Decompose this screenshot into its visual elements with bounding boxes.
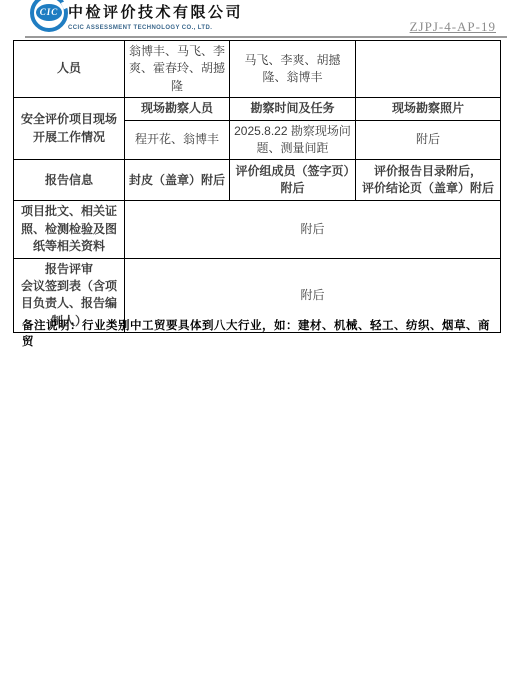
survey-photos-value: 附后 (356, 120, 501, 160)
report-info-label: 报告信息 (14, 160, 125, 201)
report-catalog-cell: 评价报告目录附后， 评价结论页（盖章）附后 (356, 160, 501, 201)
survey-time-task-header: 勘察时间及任务 (230, 98, 356, 120)
document-page: CIC 中检评价技术有限公司 CCIC ASSESSMENT TECHNOLOG… (0, 0, 510, 696)
table-row-documents: 项目批文、相关证照、检测检验及图纸等相关资料 附后 (14, 201, 501, 258)
documents-label: 项目批文、相关证照、检测检验及图纸等相关资料 (14, 201, 125, 258)
ccic-logo-icon: CIC (30, 0, 68, 32)
footer-note: 备注说明：行业类别中工贸要具体到八大行业，如：建材、机械、轻工、纺织、烟草、商贸 (22, 317, 500, 349)
company-name-en: CCIC ASSESSMENT TECHNOLOGY CO., LTD. (68, 25, 243, 31)
site-surveyors-header: 现场勘察人员 (125, 98, 230, 120)
personnel-names-a: 翁博丰、马飞、李爽、霍春玲、胡撼隆 (125, 41, 230, 98)
table-row-personnel: 人员 翁博丰、马飞、李爽、霍春玲、胡撼隆 马飞、李爽、胡撼隆、翁博丰 (14, 41, 501, 98)
logo-cic-text: CIC (36, 4, 62, 21)
personnel-names-b: 马飞、李爽、胡撼隆、翁博丰 (230, 41, 356, 98)
header-divider (25, 36, 507, 38)
site-surveyors-value: 程开花、翁博丰 (125, 120, 230, 160)
company-name-cn: 中检评价技术有限公司 (68, 1, 243, 22)
table-row-site-work-headers: 安全评价项目现场开展工作情况 现场勘察人员 勘察时间及任务 现场勘察照片 (14, 98, 501, 120)
survey-photos-header: 现场勘察照片 (356, 98, 501, 120)
personnel-label: 人员 (14, 41, 125, 98)
site-work-label: 安全评价项目现场开展工作情况 (14, 98, 125, 160)
documents-value: 附后 (125, 201, 501, 258)
document-number: ZJPJ-4-AP-19 (410, 19, 496, 35)
report-cover-cell: 封皮（盖章）附后 (125, 160, 230, 201)
report-members-cell: 评价组成员（签字页）附后 (230, 160, 356, 201)
personnel-empty-cell (356, 41, 501, 98)
assessment-form-table: 人员 翁博丰、马飞、李爽、霍春玲、胡撼隆 马飞、李爽、胡撼隆、翁博丰 安全评价项… (13, 40, 501, 333)
survey-time-task-value: 2025.8.22 勘察现场问题、测量间距 (230, 120, 356, 160)
company-block: 中检评价技术有限公司 CCIC ASSESSMENT TECHNOLOGY CO… (68, 1, 243, 31)
table-row-report-info: 报告信息 封皮（盖章）附后 评价组成员（签字页）附后 评价报告目录附后， 评价结… (14, 160, 501, 201)
